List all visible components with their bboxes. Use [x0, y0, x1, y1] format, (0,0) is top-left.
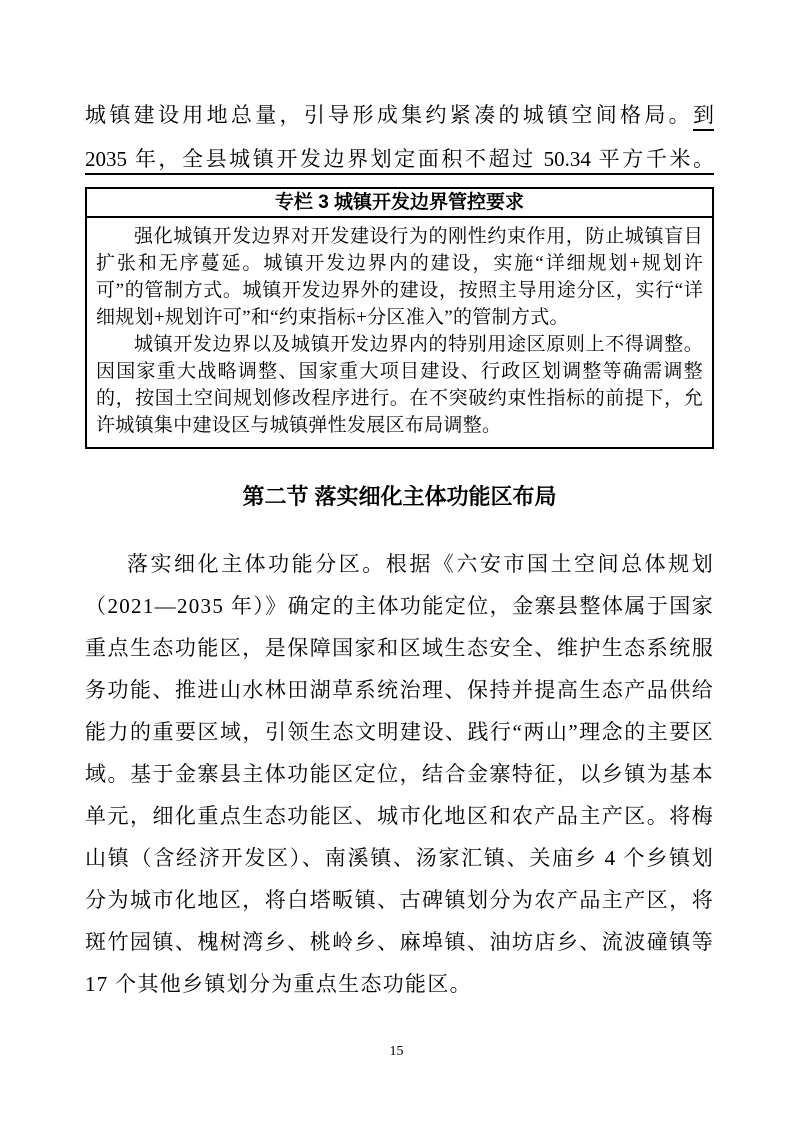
page-content: 城镇建设用地总量，引导形成集约紧凑的城镇空间格局。到 2035 年，全县城镇开发…: [85, 93, 714, 1005]
section-heading: 第二节 落实细化主体功能区布局: [85, 483, 714, 511]
intro-paragraph: 城镇建设用地总量，引导形成集约紧凑的城镇空间格局。到 2035 年，全县城镇开发…: [85, 93, 714, 181]
intro-line2-underlined-text: 2035 年，全县城镇开发边界划定面积不超过 50.34 平方千米。: [85, 147, 714, 171]
callout-box-title: 专栏 3 城镇开发边界管控要求: [87, 189, 712, 218]
callout-box: 专栏 3 城镇开发边界管控要求 强化城镇开发边界对开发建设行为的刚性约束作用，防…: [85, 187, 714, 449]
section-paragraph: 落实细化主体功能分区。根据《六安市国土空间总体规划（2021—2035 年）》确…: [85, 543, 714, 1005]
page-number: 15: [0, 1044, 793, 1060]
callout-box-body: 强化城镇开发边界对开发建设行为的刚性约束作用，防止城镇盲目扩张和无序蔓延。城镇开…: [87, 218, 712, 447]
intro-line-2: 2035 年，全县城镇开发边界划定面积不超过 50.34 平方千米。: [85, 137, 714, 181]
callout-paragraph-1: 强化城镇开发边界对开发建设行为的刚性约束作用，防止城镇盲目扩张和无序蔓延。城镇开…: [96, 223, 703, 331]
document-page: 城镇建设用地总量，引导形成集约紧凑的城镇空间格局。到 2035 年，全县城镇开发…: [0, 0, 793, 1122]
intro-line1-text: 城镇建设用地总量，引导形成集约紧凑的城镇空间格局。: [85, 103, 693, 127]
callout-paragraph-2: 城镇开发边界以及城镇开发边界内的特别用途区原则上不得调整。因国家重大战略调整、国…: [96, 331, 703, 439]
intro-line1-underlined-text: 到: [693, 103, 714, 127]
intro-line-1: 城镇建设用地总量，引导形成集约紧凑的城镇空间格局。到: [85, 93, 714, 137]
